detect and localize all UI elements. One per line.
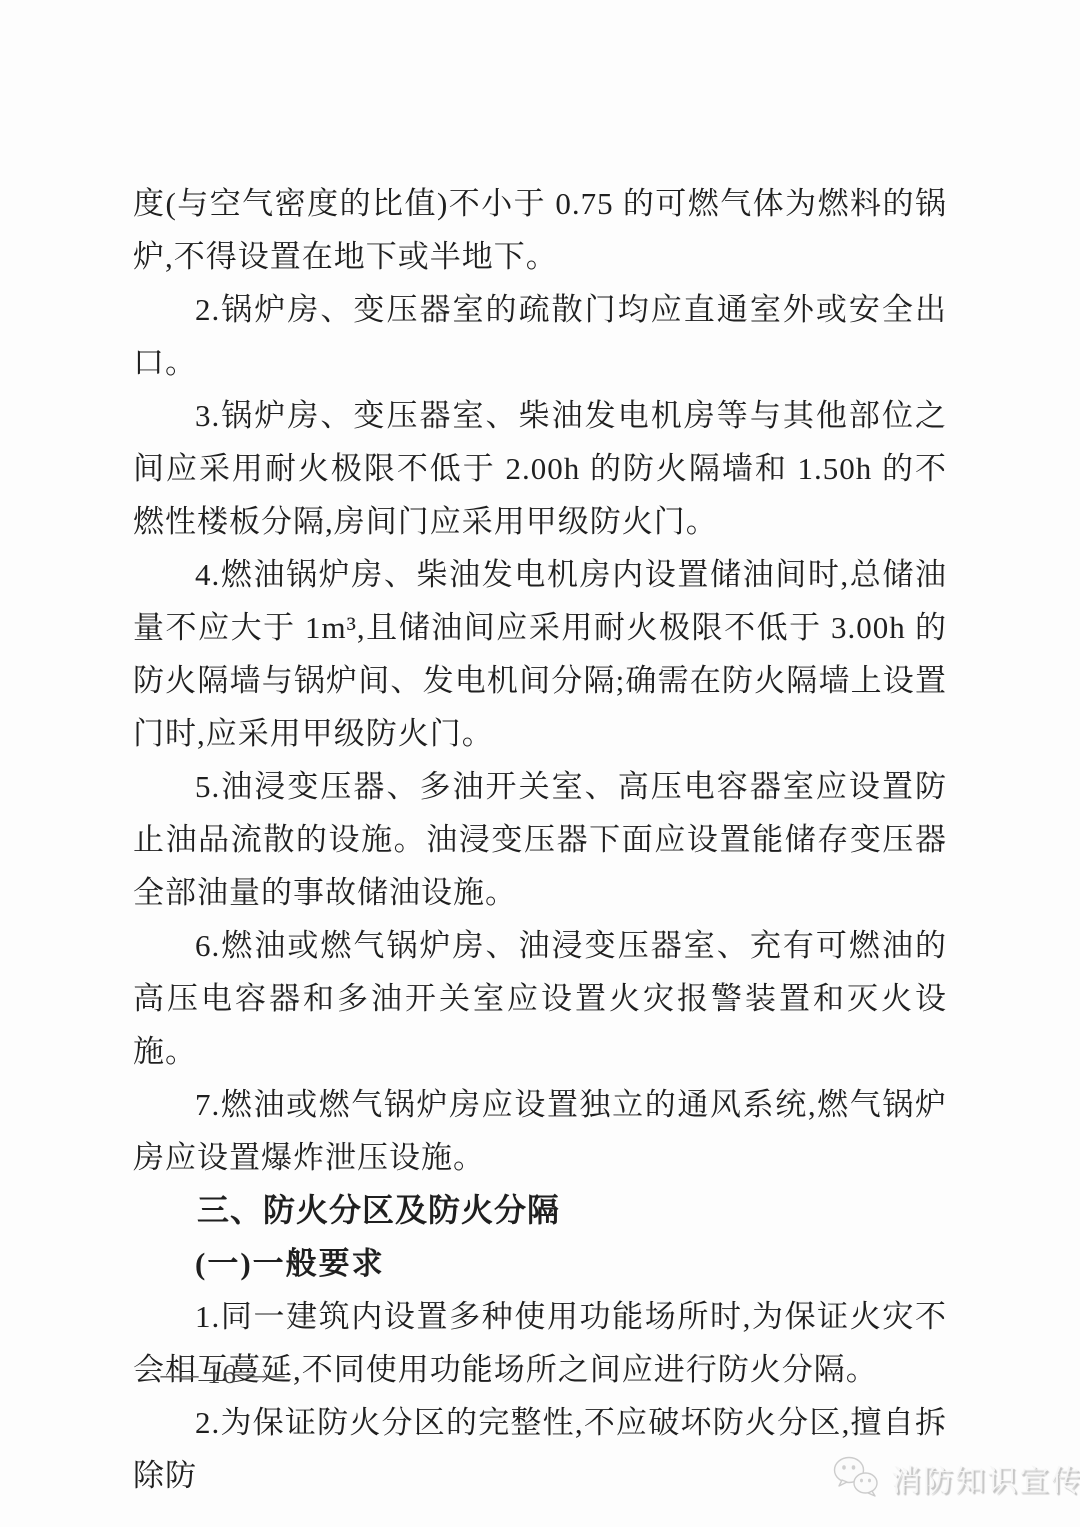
paragraph-item-6: 6.燃油或燃气锅炉房、油浸变压器室、充有可燃油的高压电容器和多油开关室应设置火灾… (133, 919, 947, 1078)
wechat-icon (832, 1455, 882, 1501)
paragraph-item-2: 2.锅炉房、变压器室的疏散门均应直通室外或安全出口。 (133, 283, 947, 389)
paragraph-item-general-2: 2.为保证防火分区的完整性,不应破坏防火分区,擅自拆除防 (133, 1396, 947, 1502)
paragraph-item-4: 4.燃油锅炉房、柴油发电机房内设置储油间时,总储油量不应大于 1m³,且储油间应… (133, 548, 947, 760)
paragraph-item-5: 5.油浸变压器、多油开关室、高压电容器室应设置防止油品流散的设施。油浸变压器下面… (133, 760, 947, 919)
paragraph-item-7: 7.燃油或燃气锅炉房应设置独立的通风系统,燃气锅炉房应设置爆炸泄压设施。 (133, 1078, 947, 1184)
subsection-heading: (一)一般要求 (133, 1237, 947, 1290)
section-heading: 三、防火分区及防火分隔 (133, 1184, 947, 1237)
page-background: 度(与空气密度的比值)不小于 0.75 的可燃气体为燃料的锅炉,不得设置在地下或… (0, 0, 1080, 1527)
footer-left-dash: — (161, 1359, 199, 1390)
paragraph-continuation: 度(与空气密度的比值)不小于 0.75 的可燃气体为燃料的锅炉,不得设置在地下或… (133, 177, 947, 283)
watermark: 消防知识宣传 (832, 1452, 1080, 1504)
document-body: 度(与空气密度的比值)不小于 0.75 的可燃气体为燃料的锅炉,不得设置在地下或… (133, 177, 947, 1502)
watermark-label: 消防知识宣传 (891, 1456, 1080, 1500)
footer-right-dash: — (247, 1359, 285, 1390)
paragraph-item-3: 3.锅炉房、变压器室、柴油发电机房等与其他部位之间应采用耐火极限不低于 2.00… (133, 389, 947, 548)
document-page: { "content": { "paragraphs": [ { "text":… (0, 0, 1080, 1527)
page-number-footer: — 16 — (166, 1356, 279, 1392)
page-number: 16 (207, 1359, 238, 1390)
